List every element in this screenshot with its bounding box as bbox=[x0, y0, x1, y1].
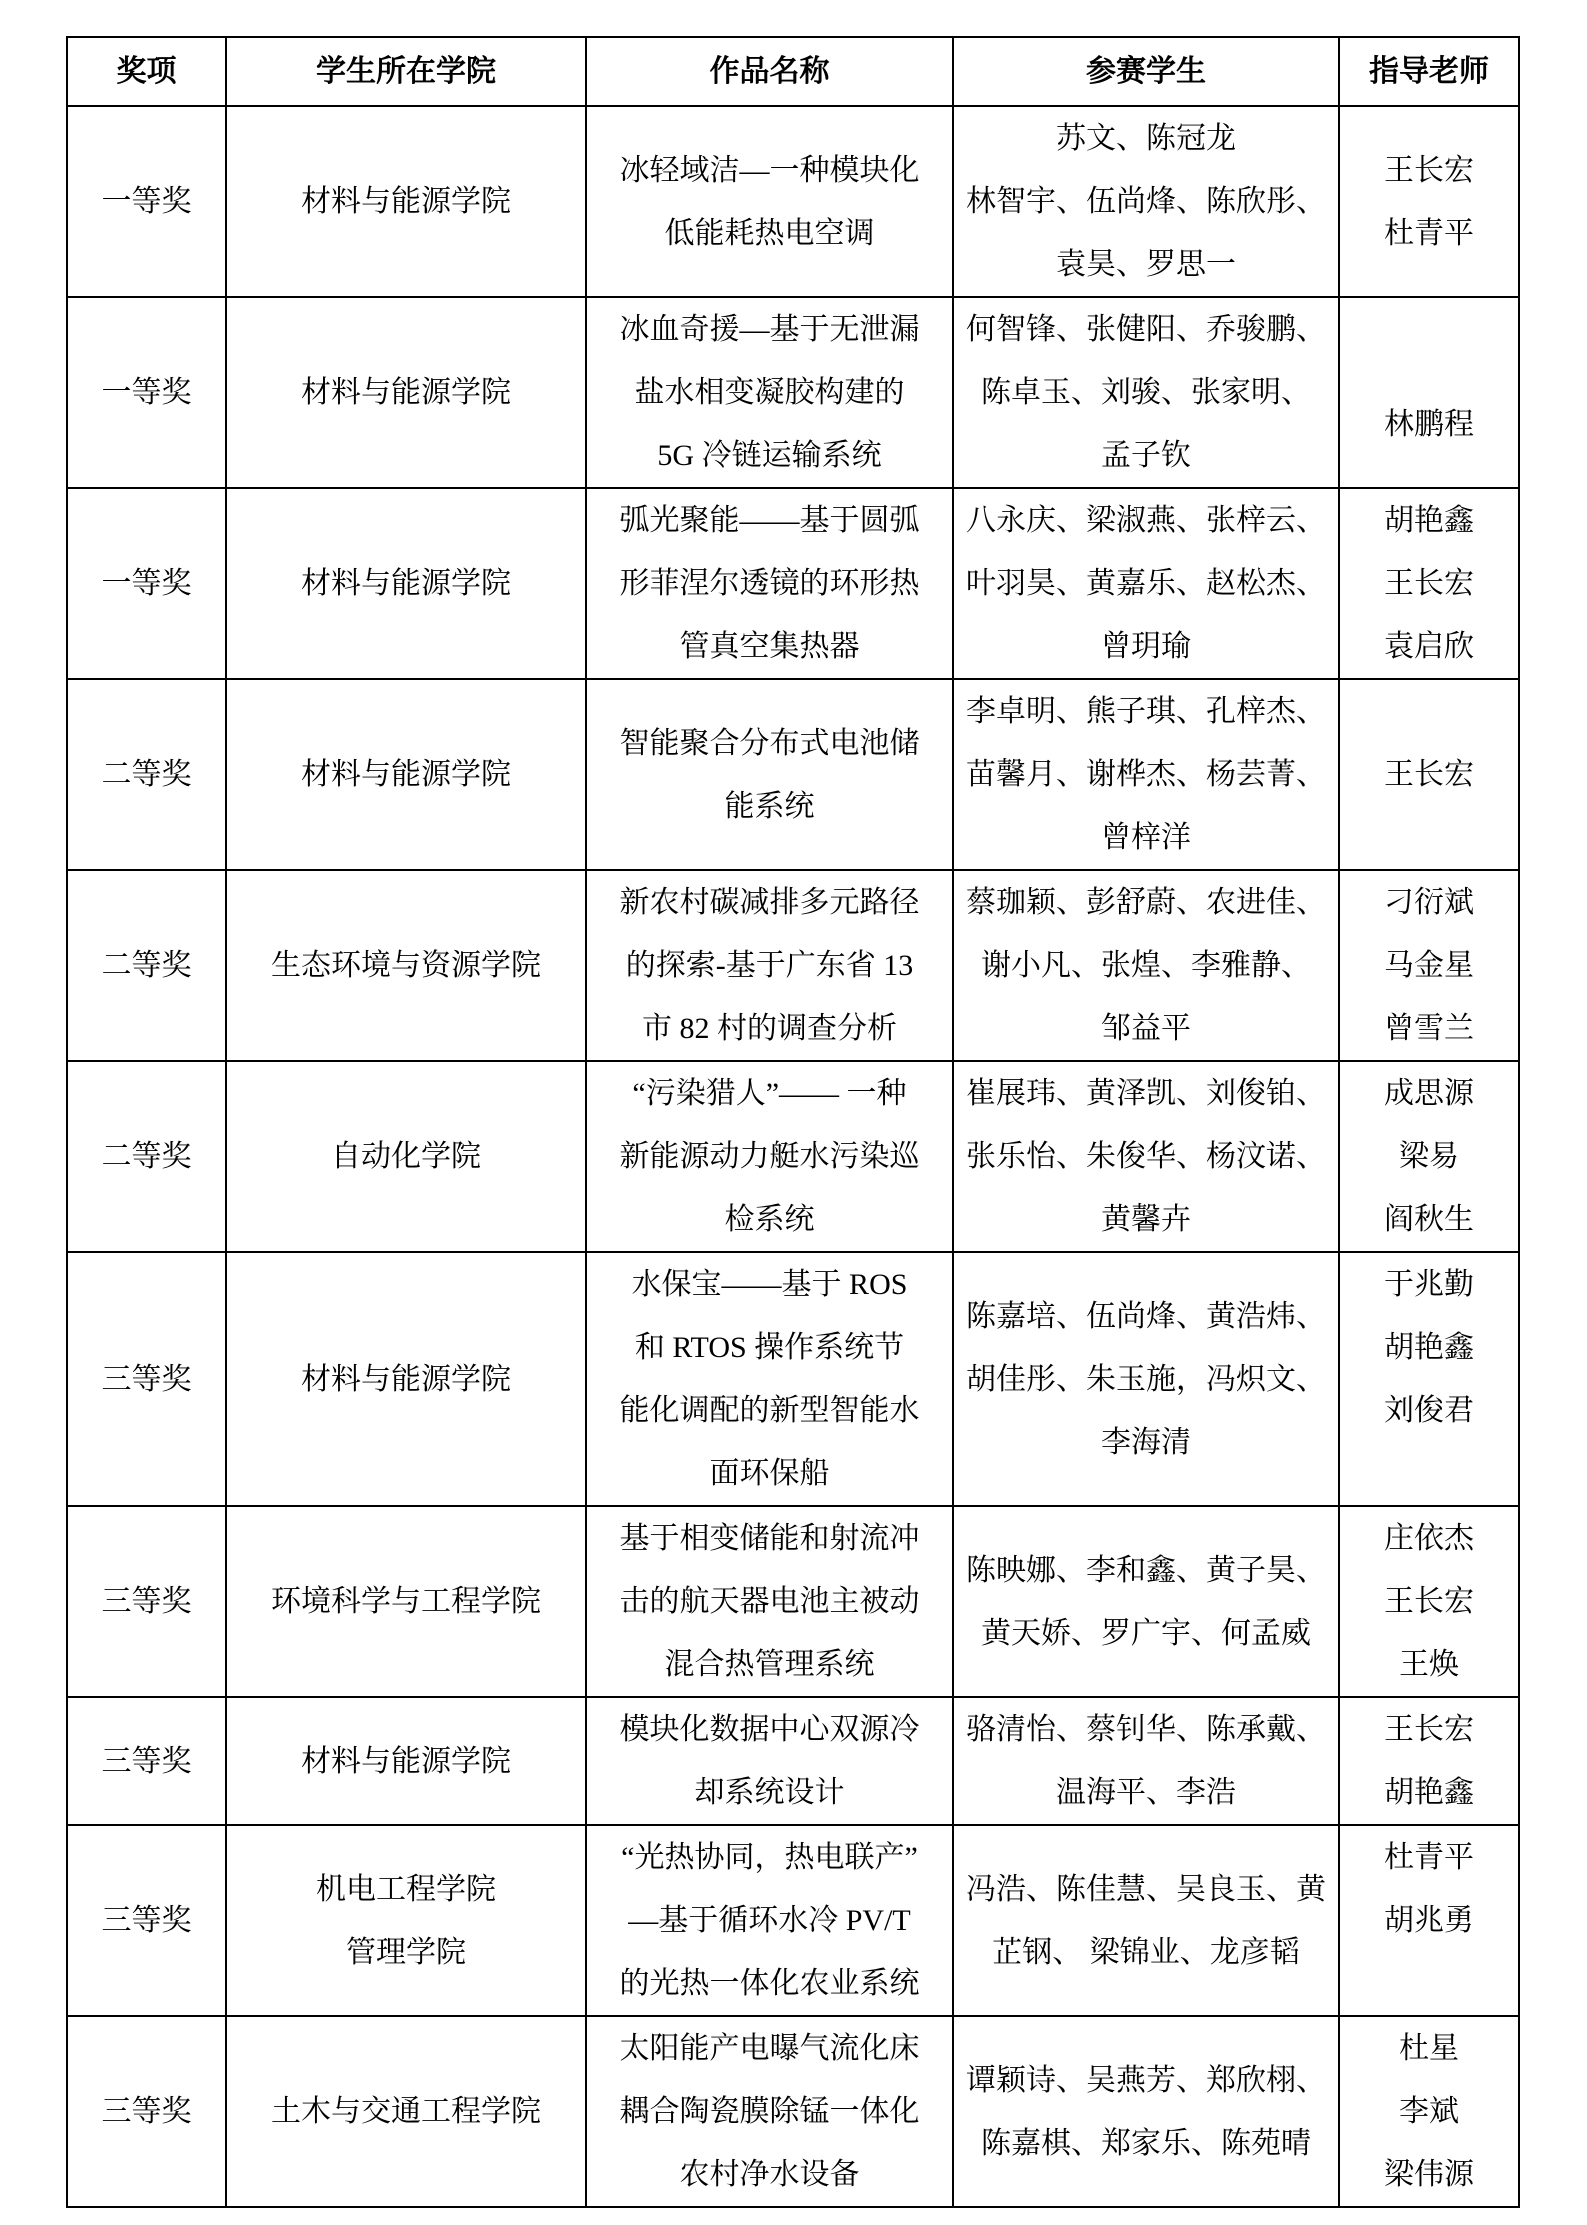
table-row: 一等奖材料与能源学院冰血奇援—基于无泄漏盐水相变凝胶构建的5G 冷链运输系统何智… bbox=[67, 297, 1519, 488]
text-line: 三等奖 bbox=[68, 1889, 225, 1952]
text-line: 王长宏 bbox=[1340, 139, 1518, 202]
column-header-label: 奖项 bbox=[68, 38, 225, 105]
text-line: 二等奖 bbox=[68, 934, 225, 997]
text-line: 却系统设计 bbox=[587, 1761, 952, 1824]
column-header: 奖项 bbox=[67, 37, 226, 106]
text-line: 和 RTOS 操作系统节 bbox=[587, 1316, 952, 1379]
text-line: 一等奖 bbox=[68, 170, 225, 233]
teachers-cell: 杜星李斌梁伟源 bbox=[1339, 2016, 1519, 2207]
award-cell: 一等奖 bbox=[67, 297, 226, 488]
award-cell: 三等奖 bbox=[67, 1252, 226, 1506]
text-line: 蔡珈颖、彭舒蔚、农进佳、 bbox=[954, 871, 1338, 934]
text-line: 冰轻域洁—一种模块化 bbox=[587, 139, 952, 202]
teachers-cell: 王长宏胡艳鑫 bbox=[1339, 1697, 1519, 1825]
text-line: 冯浩、陈佳慧、吴良玉、黄 bbox=[954, 1858, 1338, 1921]
college-cell: 土木与交通工程学院 bbox=[226, 2016, 586, 2207]
students-cell: 谭颖诗、吴燕芳、郑欣栩、陈嘉棋、郑家乐、陈苑晴 bbox=[953, 2016, 1339, 2207]
text-line: 管理学院 bbox=[227, 1921, 585, 1984]
column-header: 指导老师 bbox=[1339, 37, 1519, 106]
text-line: 梁易 bbox=[1340, 1125, 1518, 1188]
students-cell: 陈映娜、李和鑫、黄子昊、黄天娇、罗广宇、何孟威 bbox=[953, 1506, 1339, 1697]
text-line: —基于循环水冷 PV/T bbox=[587, 1889, 952, 1952]
table-row: 二等奖生态环境与资源学院新农村碳减排多元路径的探索-基于广东省 13市 82 村… bbox=[67, 870, 1519, 1061]
text-line: 庄依杰 bbox=[1340, 1507, 1518, 1570]
text-line: 材料与能源学院 bbox=[227, 361, 585, 424]
column-header: 作品名称 bbox=[586, 37, 953, 106]
text-line: 盐水相变凝胶构建的 bbox=[587, 361, 952, 424]
college-cell: 自动化学院 bbox=[226, 1061, 586, 1252]
text-line: 崔展玮、黄泽凯、刘俊铂、 bbox=[954, 1062, 1338, 1125]
work-title-cell: 弧光聚能——基于圆弧形菲涅尔透镜的环形热管真空集热器 bbox=[586, 488, 953, 679]
text-line: 林鹏程 bbox=[1340, 393, 1518, 456]
award-cell: 三等奖 bbox=[67, 2016, 226, 2207]
text-line: 水保宝——基于 ROS bbox=[587, 1253, 952, 1316]
college-cell: 材料与能源学院 bbox=[226, 1252, 586, 1506]
text-line: 太阳能产电曝气流化床 bbox=[587, 2017, 952, 2080]
text-line: 5G 冷链运输系统 bbox=[587, 424, 952, 487]
text-line: 梁伟源 bbox=[1340, 2143, 1518, 2206]
text-line: 八永庆、梁淑燕、张梓云、 bbox=[954, 489, 1338, 552]
text-line: 袁昊、罗思一 bbox=[954, 233, 1338, 296]
column-header-label: 学生所在学院 bbox=[227, 38, 585, 105]
text-line: 三等奖 bbox=[68, 1348, 225, 1411]
text-line: 冰血奇援—基于无泄漏 bbox=[587, 298, 952, 361]
text-line: 农村净水设备 bbox=[587, 2143, 952, 2206]
text-line: 王长宏 bbox=[1340, 743, 1518, 806]
text-line bbox=[1340, 330, 1518, 393]
text-line: 杜青平 bbox=[1340, 1826, 1518, 1889]
table-row: 三等奖环境科学与工程学院基于相变储能和射流冲击的航天器电池主被动混合热管理系统陈… bbox=[67, 1506, 1519, 1697]
document-page: { "page": { "background_color": "#ffffff… bbox=[0, 0, 1587, 2225]
students-cell: 八永庆、梁淑燕、张梓云、叶羽昊、黄嘉乐、赵松杰、曾玥瑜 bbox=[953, 488, 1339, 679]
text-line: 骆清怡、蔡钊华、陈承戴、 bbox=[954, 1698, 1338, 1761]
text-line: 何智锋、张健阳、乔骏鹏、 bbox=[954, 298, 1338, 361]
text-line: 阎秋生 bbox=[1340, 1188, 1518, 1251]
text-line: 材料与能源学院 bbox=[227, 170, 585, 233]
students-cell: 骆清怡、蔡钊华、陈承戴、温海平、李浩 bbox=[953, 1697, 1339, 1825]
teachers-cell: 刁衍斌马金星曾雪兰 bbox=[1339, 870, 1519, 1061]
text-line: 谭颖诗、吴燕芳、郑欣栩、 bbox=[954, 2049, 1338, 2112]
award-cell: 二等奖 bbox=[67, 870, 226, 1061]
text-line: 李卓明、熊子琪、孔梓杰、 bbox=[954, 680, 1338, 743]
text-line bbox=[1340, 1952, 1518, 2015]
teachers-cell: 王长宏杜青平 bbox=[1339, 106, 1519, 297]
header-row: 奖项学生所在学院作品名称参赛学生指导老师 bbox=[67, 37, 1519, 106]
table-row: 二等奖材料与能源学院智能聚合分布式电池储能系统李卓明、熊子琪、孔梓杰、苗馨月、谢… bbox=[67, 679, 1519, 870]
column-header-label: 参赛学生 bbox=[954, 38, 1338, 105]
text-line: 成思源 bbox=[1340, 1062, 1518, 1125]
column-header: 学生所在学院 bbox=[226, 37, 586, 106]
text-line: 胡艳鑫 bbox=[1340, 489, 1518, 552]
text-line: “污染猎人”—— 一种 bbox=[587, 1062, 952, 1125]
text-line: 智能聚合分布式电池储 bbox=[587, 712, 952, 775]
text-line: 检系统 bbox=[587, 1188, 952, 1251]
teachers-cell: 林鹏程 bbox=[1339, 297, 1519, 488]
text-line: 材料与能源学院 bbox=[227, 743, 585, 806]
text-line: 三等奖 bbox=[68, 1570, 225, 1633]
text-line: 弧光聚能——基于圆弧 bbox=[587, 489, 952, 552]
text-line: 杜青平 bbox=[1340, 202, 1518, 265]
column-header: 参赛学生 bbox=[953, 37, 1339, 106]
students-cell: 蔡珈颖、彭舒蔚、农进佳、谢小凡、张煌、李雅静、邹益平 bbox=[953, 870, 1339, 1061]
text-line: 杜星 bbox=[1340, 2017, 1518, 2080]
text-line: 孟子钦 bbox=[954, 424, 1338, 487]
students-cell: 何智锋、张健阳、乔骏鹏、陈卓玉、刘骏、张家明、孟子钦 bbox=[953, 297, 1339, 488]
text-line: 生态环境与资源学院 bbox=[227, 934, 585, 997]
award-cell: 三等奖 bbox=[67, 1825, 226, 2016]
text-line: 材料与能源学院 bbox=[227, 1730, 585, 1793]
table-row: 三等奖材料与能源学院模块化数据中心双源冷却系统设计骆清怡、蔡钊华、陈承戴、温海平… bbox=[67, 1697, 1519, 1825]
text-line: 胡艳鑫 bbox=[1340, 1316, 1518, 1379]
text-line: 基于相变储能和射流冲 bbox=[587, 1507, 952, 1570]
text-line: 环境科学与工程学院 bbox=[227, 1570, 585, 1633]
text-line: 邹益平 bbox=[954, 997, 1338, 1060]
college-cell: 材料与能源学院 bbox=[226, 297, 586, 488]
college-cell: 材料与能源学院 bbox=[226, 1697, 586, 1825]
work-title-cell: 冰轻域洁—一种模块化低能耗热电空调 bbox=[586, 106, 953, 297]
award-cell: 二等奖 bbox=[67, 679, 226, 870]
table-row: 三等奖土木与交通工程学院太阳能产电曝气流化床耦合陶瓷膜除锰一体化农村净水设备谭颖… bbox=[67, 2016, 1519, 2207]
text-line: 胡艳鑫 bbox=[1340, 1761, 1518, 1824]
column-header-label: 指导老师 bbox=[1340, 38, 1518, 105]
text-line: 苏文、陈冠龙 bbox=[954, 107, 1338, 170]
teachers-cell: 王长宏 bbox=[1339, 679, 1519, 870]
table-row: 一等奖材料与能源学院冰轻域洁—一种模块化低能耗热电空调苏文、陈冠龙林智宇、伍尚烽… bbox=[67, 106, 1519, 297]
text-line: 黄天娇、罗广宇、何孟威 bbox=[954, 1602, 1338, 1665]
college-cell: 材料与能源学院 bbox=[226, 679, 586, 870]
text-line: 机电工程学院 bbox=[227, 1858, 585, 1921]
text-line: 低能耗热电空调 bbox=[587, 202, 952, 265]
text-line: 陈嘉培、伍尚烽、黄浩炜、 bbox=[954, 1285, 1338, 1348]
work-title-cell: “污染猎人”—— 一种新能源动力艇水污染巡检系统 bbox=[586, 1061, 953, 1252]
text-line: 市 82 村的调查分析 bbox=[587, 997, 952, 1060]
table-row: 一等奖材料与能源学院弧光聚能——基于圆弧形菲涅尔透镜的环形热管真空集热器八永庆、… bbox=[67, 488, 1519, 679]
text-line: 材料与能源学院 bbox=[227, 1348, 585, 1411]
award-cell: 三等奖 bbox=[67, 1697, 226, 1825]
text-line: 王焕 bbox=[1340, 1633, 1518, 1696]
college-cell: 材料与能源学院 bbox=[226, 488, 586, 679]
students-cell: 李卓明、熊子琪、孔梓杰、苗馨月、谢桦杰、杨芸菁、曾梓洋 bbox=[953, 679, 1339, 870]
text-line: 于兆勤 bbox=[1340, 1253, 1518, 1316]
awards-table: 奖项学生所在学院作品名称参赛学生指导老师 一等奖材料与能源学院冰轻域洁—一种模块… bbox=[66, 36, 1520, 2208]
text-line: 温海平、李浩 bbox=[954, 1761, 1338, 1824]
text-line: 三等奖 bbox=[68, 1730, 225, 1793]
text-line: 谢小凡、张煌、李雅静、 bbox=[954, 934, 1338, 997]
text-line: 张乐怡、朱俊华、杨汶诺、 bbox=[954, 1125, 1338, 1188]
text-line: 马金星 bbox=[1340, 934, 1518, 997]
text-line: 面环保船 bbox=[587, 1442, 952, 1505]
award-cell: 二等奖 bbox=[67, 1061, 226, 1252]
text-line: 苗馨月、谢桦杰、杨芸菁、 bbox=[954, 743, 1338, 806]
college-cell: 生态环境与资源学院 bbox=[226, 870, 586, 1061]
text-line: 三等奖 bbox=[68, 2080, 225, 2143]
text-line: 叶羽昊、黄嘉乐、赵松杰、 bbox=[954, 552, 1338, 615]
text-line: 陈卓玉、刘骏、张家明、 bbox=[954, 361, 1338, 424]
award-cell: 一等奖 bbox=[67, 106, 226, 297]
text-line: 一等奖 bbox=[68, 552, 225, 615]
table-row: 三等奖机电工程学院管理学院“光热协同，热电联产”—基于循环水冷 PV/T的光热一… bbox=[67, 1825, 1519, 2016]
text-line: 二等奖 bbox=[68, 1125, 225, 1188]
text-line: 材料与能源学院 bbox=[227, 552, 585, 615]
text-line: 王长宏 bbox=[1340, 1570, 1518, 1633]
text-line: 的光热一体化农业系统 bbox=[587, 1952, 952, 2015]
students-cell: 陈嘉培、伍尚烽、黄浩炜、胡佳彤、朱玉施，冯炽文、李海清 bbox=[953, 1252, 1339, 1506]
teachers-cell: 杜青平胡兆勇 bbox=[1339, 1825, 1519, 2016]
text-line: 新农村碳减排多元路径 bbox=[587, 871, 952, 934]
text-line: 李海清 bbox=[954, 1411, 1338, 1474]
text-line: 曾玥瑜 bbox=[954, 615, 1338, 678]
text-line: 刁衍斌 bbox=[1340, 871, 1518, 934]
teachers-cell: 成思源梁易阎秋生 bbox=[1339, 1061, 1519, 1252]
text-line: 曾雪兰 bbox=[1340, 997, 1518, 1060]
work-title-cell: 新农村碳减排多元路径的探索-基于广东省 13市 82 村的调查分析 bbox=[586, 870, 953, 1061]
text-line: 模块化数据中心双源冷 bbox=[587, 1698, 952, 1761]
text-line: 胡佳彤、朱玉施，冯炽文、 bbox=[954, 1348, 1338, 1411]
work-title-cell: 太阳能产电曝气流化床耦合陶瓷膜除锰一体化农村净水设备 bbox=[586, 2016, 953, 2207]
students-cell: 崔展玮、黄泽凯、刘俊铂、张乐怡、朱俊华、杨汶诺、黄馨卉 bbox=[953, 1061, 1339, 1252]
college-cell: 环境科学与工程学院 bbox=[226, 1506, 586, 1697]
text-line: “光热协同，热电联产” bbox=[587, 1826, 952, 1889]
work-title-cell: 模块化数据中心双源冷却系统设计 bbox=[586, 1697, 953, 1825]
text-line: 黄馨卉 bbox=[954, 1188, 1338, 1251]
text-line: 二等奖 bbox=[68, 743, 225, 806]
teachers-cell: 胡艳鑫王长宏袁启欣 bbox=[1339, 488, 1519, 679]
table-row: 三等奖材料与能源学院水保宝——基于 ROS和 RTOS 操作系统节能化调配的新型… bbox=[67, 1252, 1519, 1506]
text-line: 袁启欣 bbox=[1340, 615, 1518, 678]
text-line: 的探索-基于广东省 13 bbox=[587, 934, 952, 997]
text-line: 李斌 bbox=[1340, 2080, 1518, 2143]
award-cell: 一等奖 bbox=[67, 488, 226, 679]
text-line: 新能源动力艇水污染巡 bbox=[587, 1125, 952, 1188]
text-line: 刘俊君 bbox=[1340, 1379, 1518, 1442]
text-line: 王长宏 bbox=[1340, 552, 1518, 615]
text-line: 胡兆勇 bbox=[1340, 1889, 1518, 1952]
text-line: 陈嘉棋、郑家乐、陈苑晴 bbox=[954, 2112, 1338, 2175]
students-cell: 冯浩、陈佳慧、吴良玉、黄芷钢、 梁锦业、龙彦韬 bbox=[953, 1825, 1339, 2016]
text-line: 一等奖 bbox=[68, 361, 225, 424]
text-line: 自动化学院 bbox=[227, 1125, 585, 1188]
work-title-cell: 智能聚合分布式电池储能系统 bbox=[586, 679, 953, 870]
award-cell: 三等奖 bbox=[67, 1506, 226, 1697]
teachers-cell: 庄依杰王长宏王焕 bbox=[1339, 1506, 1519, 1697]
text-line: 能系统 bbox=[587, 775, 952, 838]
text-line: 曾梓洋 bbox=[954, 806, 1338, 869]
work-title-cell: 冰血奇援—基于无泄漏盐水相变凝胶构建的5G 冷链运输系统 bbox=[586, 297, 953, 488]
teachers-cell: 于兆勤胡艳鑫刘俊君 bbox=[1339, 1252, 1519, 1506]
text-line: 击的航天器电池主被动 bbox=[587, 1570, 952, 1633]
text-line: 林智宇、伍尚烽、陈欣彤、 bbox=[954, 170, 1338, 233]
college-cell: 机电工程学院管理学院 bbox=[226, 1825, 586, 2016]
text-line: 王长宏 bbox=[1340, 1698, 1518, 1761]
column-header-label: 作品名称 bbox=[587, 38, 952, 105]
table-row: 二等奖自动化学院“污染猎人”—— 一种新能源动力艇水污染巡检系统崔展玮、黄泽凯、… bbox=[67, 1061, 1519, 1252]
work-title-cell: 基于相变储能和射流冲击的航天器电池主被动混合热管理系统 bbox=[586, 1506, 953, 1697]
work-title-cell: “光热协同，热电联产”—基于循环水冷 PV/T的光热一体化农业系统 bbox=[586, 1825, 953, 2016]
text-line bbox=[1340, 1442, 1518, 1505]
students-cell: 苏文、陈冠龙林智宇、伍尚烽、陈欣彤、袁昊、罗思一 bbox=[953, 106, 1339, 297]
text-line: 形菲涅尔透镜的环形热 bbox=[587, 552, 952, 615]
text-line: 混合热管理系统 bbox=[587, 1633, 952, 1696]
college-cell: 材料与能源学院 bbox=[226, 106, 586, 297]
text-line: 能化调配的新型智能水 bbox=[587, 1379, 952, 1442]
awards-table-container: 奖项学生所在学院作品名称参赛学生指导老师 一等奖材料与能源学院冰轻域洁—一种模块… bbox=[66, 36, 1520, 2208]
text-line: 耦合陶瓷膜除锰一体化 bbox=[587, 2080, 952, 2143]
text-line: 土木与交通工程学院 bbox=[227, 2080, 585, 2143]
text-line: 管真空集热器 bbox=[587, 615, 952, 678]
work-title-cell: 水保宝——基于 ROS和 RTOS 操作系统节能化调配的新型智能水面环保船 bbox=[586, 1252, 953, 1506]
text-line: 陈映娜、李和鑫、黄子昊、 bbox=[954, 1539, 1338, 1602]
text-line: 芷钢、 梁锦业、龙彦韬 bbox=[954, 1921, 1338, 1984]
